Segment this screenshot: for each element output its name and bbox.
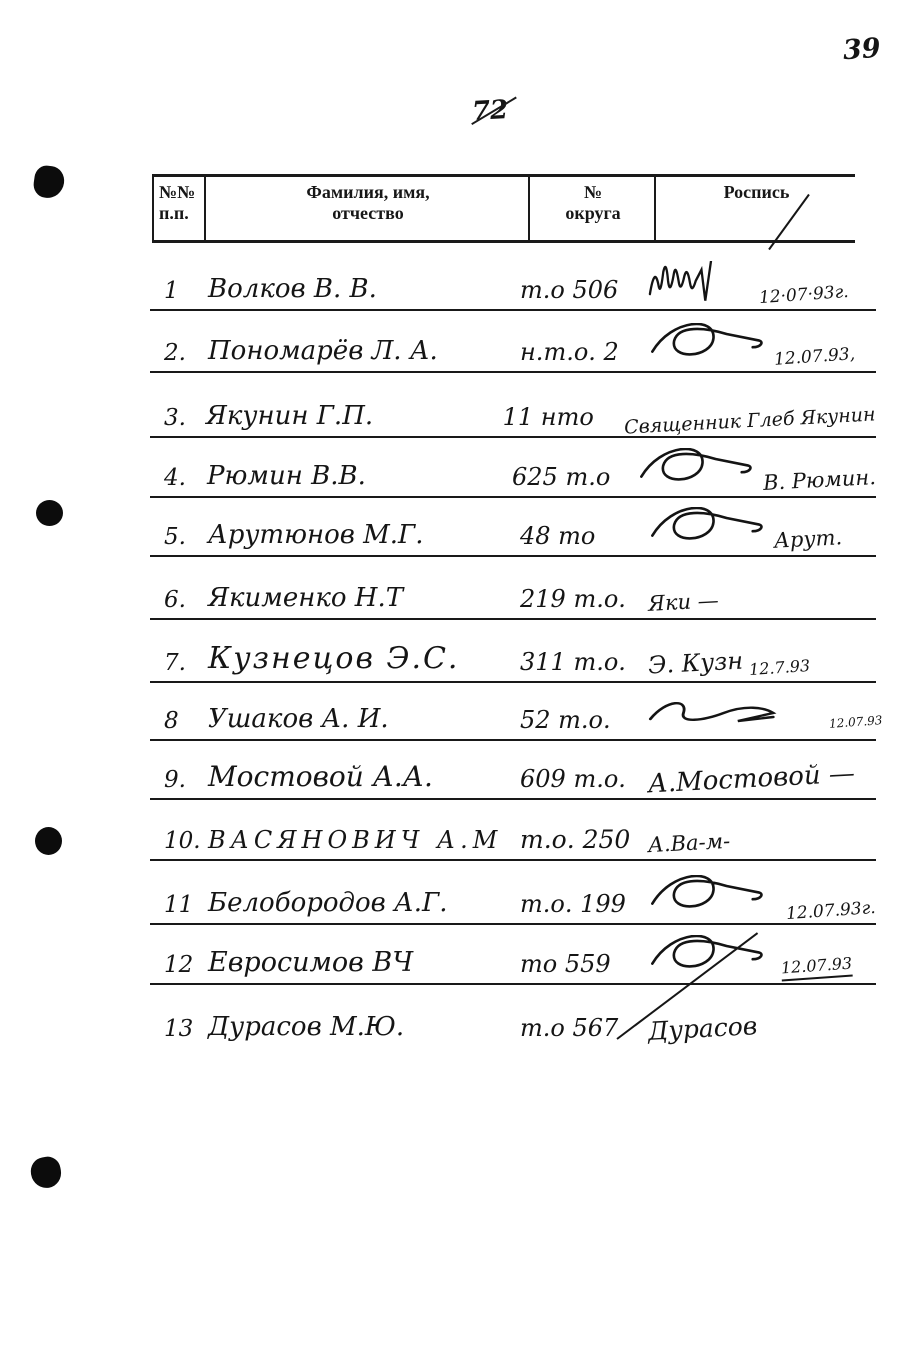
row-number: 5. xyxy=(150,524,208,555)
row-signature: Дурасов xyxy=(648,1014,876,1047)
row-number: 7. xyxy=(150,650,208,681)
row-district: 52 т.о. xyxy=(520,706,648,739)
table-row: 5. Арутюнов М.Г. 48 то Арут. xyxy=(150,498,876,557)
row-signature: 12.07.93 xyxy=(648,695,876,739)
table-row: 7. Кузнецов Э.С. 311 т.о. Э. Кузн 12.7.9… xyxy=(150,620,876,683)
signature-date: 12.07.93 xyxy=(780,954,853,982)
row-name: Волков В. В. xyxy=(208,274,520,309)
header-col-district: № округа xyxy=(532,177,656,240)
header-col-district-line1: № xyxy=(532,182,654,203)
table-row: 12 Евросимов ВЧ то 559 12.07.93 xyxy=(150,925,876,985)
ink-blot xyxy=(35,827,62,855)
row-name: Якунин Г.П. xyxy=(206,401,503,436)
table-row: 6. Якименко Н.Т 219 т.о. Яки — xyxy=(150,557,876,620)
signature-text: Священник Глеб Якунин xyxy=(624,403,876,438)
signature-scribble-icon xyxy=(648,507,768,551)
table-row: 13 Дурасов М.Ю. т.о 567 Дурасов xyxy=(150,985,876,1047)
row-signature: Арут. xyxy=(648,507,876,555)
scanned-page: 39 72 №№ п.п. Фамилия, имя, отчество № о… xyxy=(0,0,900,1360)
row-number: 8 xyxy=(150,708,208,739)
header-col-district-line2: округа xyxy=(532,203,654,224)
signature-text: А.Ва-м- xyxy=(647,829,730,857)
row-signature: 12.07.93, xyxy=(648,323,876,371)
row-number: 4. xyxy=(150,465,207,496)
row-number: 2. xyxy=(150,340,208,371)
table-row: 1 Волков В. В. т.о 506 12·07·93г. xyxy=(150,243,876,311)
row-district: 48 то xyxy=(520,522,648,555)
row-number: 1 xyxy=(150,278,208,309)
row-number: 13 xyxy=(150,1016,208,1047)
row-signature: 12.07.93г. xyxy=(648,875,876,923)
row-number: 3. xyxy=(150,405,206,436)
row-signature: Яки — xyxy=(648,590,876,618)
row-name: Дурасов М.Ю. xyxy=(208,1012,520,1047)
row-district: 11 нто xyxy=(503,403,625,436)
signature-scribble-icon xyxy=(648,935,768,979)
row-number: 11 xyxy=(150,892,208,923)
header-col-signature-label: Роспись xyxy=(658,182,855,203)
row-name: Ушаков А. И. xyxy=(208,704,520,739)
row-district: т.о 506 xyxy=(520,276,648,309)
row-number: 10. xyxy=(150,828,208,859)
header-col-number: №№ п.п. xyxy=(154,177,206,240)
signature-text: Э. Кузн xyxy=(647,647,743,680)
row-name: Пономарёв Л. А. xyxy=(208,336,520,371)
row-signature: А.Ва-м- xyxy=(648,831,876,859)
header-col-name: Фамилия, имя, отчество xyxy=(208,177,530,240)
signature-date: 12.07.93 xyxy=(828,713,882,731)
signature-scribble-icon xyxy=(648,875,768,919)
ink-blot xyxy=(36,500,63,526)
signature-scribble-icon xyxy=(637,448,757,492)
table-row: 2. Пономарёв Л. А. н.т.о. 2 12.07.93, xyxy=(150,311,876,373)
row-district: т.о. 250 xyxy=(520,825,648,859)
row-signature: 12.07.93 xyxy=(648,935,876,983)
signature-text: Арут. xyxy=(773,525,842,553)
row-district: н.т.о. 2 xyxy=(520,338,648,371)
row-district: 609 т.о. xyxy=(520,765,648,798)
row-signature: В. Рюмин. xyxy=(637,448,876,496)
row-number: 6. xyxy=(150,587,208,618)
signature-text: Дурасов xyxy=(647,1011,758,1046)
signature-text: А.Мостовой — xyxy=(647,759,855,800)
table-row: 3. Якунин Г.П. 11 нто Священник Глеб Яку… xyxy=(150,373,876,438)
signature-text: Яки — xyxy=(647,588,719,616)
signature-scribble-icon xyxy=(648,695,778,735)
signature-scribble-icon xyxy=(648,261,753,305)
row-name: Арутюнов М.Г. xyxy=(208,520,520,555)
row-name: Евросимов ВЧ xyxy=(208,947,520,983)
signature-date: 12.07.93, xyxy=(773,344,855,370)
table-row: 10. ВАСЯНОВИЧ А.М т.о. 250 А.Ва-м- xyxy=(150,800,876,861)
row-name: Белобородов А.Г. xyxy=(208,888,520,923)
header-col-number-line2: п.п. xyxy=(159,203,189,224)
signature-date: 12.07.93г. xyxy=(786,898,877,924)
table-row: 11 Белобородов А.Г. т.о. 199 12.07.93г. xyxy=(150,861,876,925)
row-signature: Э. Кузн 12.7.93 xyxy=(648,649,876,681)
row-name: Рюмин В.В. xyxy=(207,461,512,496)
row-name: Якименко Н.Т xyxy=(208,583,520,618)
ink-blot xyxy=(29,1155,64,1191)
header-col-number-line1: №№ xyxy=(159,182,195,203)
row-number: 12 xyxy=(150,952,208,983)
page-number-top-right: 39 xyxy=(842,33,882,67)
row-district: то 559 xyxy=(520,950,648,983)
row-name: Мостовой А.А. xyxy=(208,760,520,798)
header-col-name-line2: отчество xyxy=(208,203,528,224)
row-signature: 12·07·93г. xyxy=(648,261,876,309)
signature-date: 12·07·93г. xyxy=(758,282,849,308)
row-name: Кузнецов Э.С. xyxy=(208,641,520,681)
row-name: ВАСЯНОВИЧ А.М xyxy=(208,826,520,859)
signature-text: В. Рюмин. xyxy=(763,465,877,495)
page-number-crossed-out: 72 xyxy=(471,95,509,127)
table-row: 4. Рюмин В.В. 625 т.о В. Рюмин. xyxy=(150,438,876,498)
table-header: №№ п.п. Фамилия, имя, отчество № округа … xyxy=(152,174,855,243)
row-district: 219 т.о. xyxy=(520,585,648,618)
signature-date: 12.7.93 xyxy=(748,656,810,679)
table-row: 9. Мостовой А.А. 609 т.о. А.Мостовой — xyxy=(150,741,876,800)
ink-blot xyxy=(32,164,66,200)
header-col-name-line1: Фамилия, имя, xyxy=(208,182,528,203)
row-signature: Священник Глеб Якунин xyxy=(624,410,876,436)
row-district: 625 т.о xyxy=(512,463,637,496)
row-signature: А.Мостовой — xyxy=(648,764,876,798)
row-district: 311 т.о. xyxy=(520,648,648,681)
header-col-signature: Роспись xyxy=(658,177,855,240)
signature-scribble-icon xyxy=(648,323,768,367)
row-number: 9. xyxy=(150,767,208,798)
table-row: 8 Ушаков А. И. 52 т.о. 12.07.93 xyxy=(150,683,876,741)
row-district: т.о. 199 xyxy=(520,890,648,923)
